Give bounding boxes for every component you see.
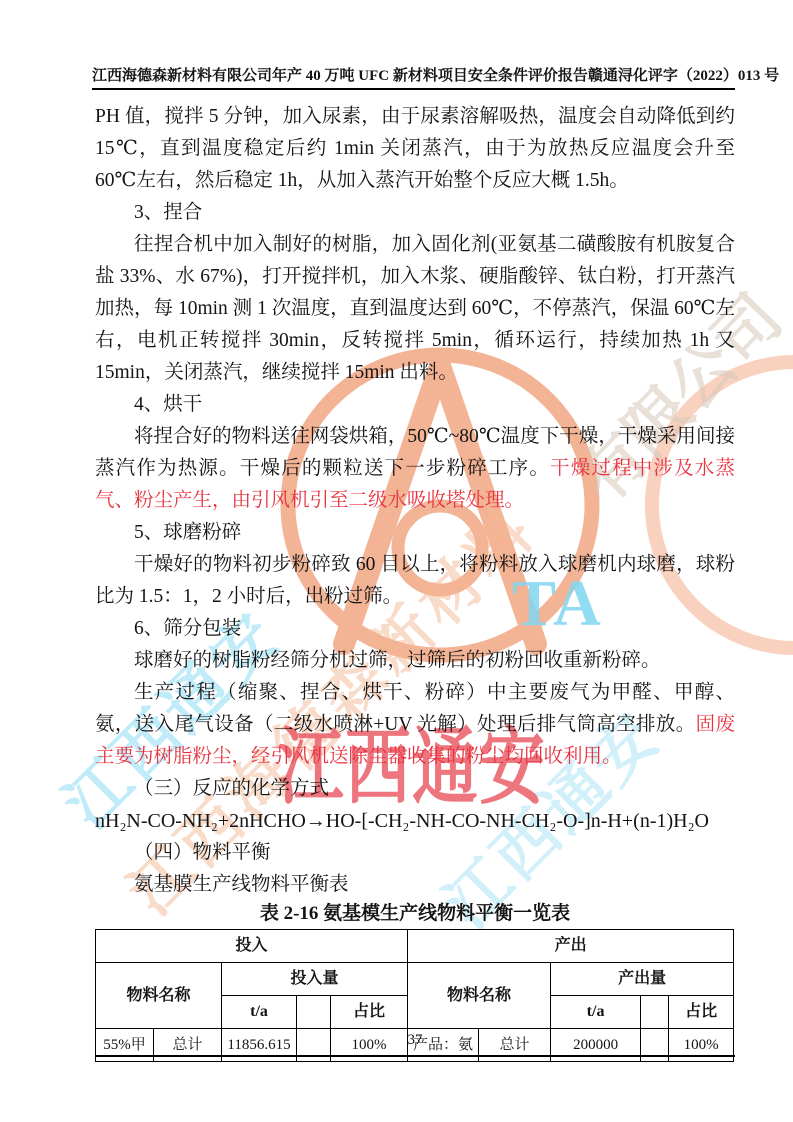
section-heading-four-material-balance: （四）物料平衡 [95,837,735,869]
table-caption: 表 2-16 氨基模生产线物料平衡一览表 [95,901,735,927]
table-header-output-mid [641,996,669,1029]
table-header-input: 投入 [96,930,408,963]
table-header-input-ratio: 占比 [331,996,408,1029]
document-body: PH 值，搅拌 5 分钟，加入尿素，由于尿素溶解吸热，温度会自动降低到约 15℃… [95,101,735,1062]
report-page: 有限公司 江西海德森新材料 江西通安 江西通安 TA 江西通安 江西海德森新材料… [0,0,793,1122]
table-header-input-ta: t/a [222,996,297,1029]
paragraph-drying: 将捏合好的物料送往网袋烘箱，50℃~80℃温度下干燥，干燥采用间接蒸汽作为热源。… [95,421,735,517]
header-report-title: 江西海德森新材料有限公司年产 40 万吨 UFC 新材料项目安全条件评价报告 [92,64,588,85]
section-heading-5-ball-milling: 5、球磨粉碎 [95,517,735,549]
table-header-output: 产出 [408,930,734,963]
paragraph-waste-gas: 生产过程（缩聚、捏合、烘干、粉碎）中主要废气为甲醛、甲醇、氨，送入尾气设备（二级… [95,677,735,773]
header-doc-number: 赣通浔化评字（2022）013 号 [588,64,779,85]
table-header-output-ratio: 占比 [669,996,734,1029]
chemical-formula: nH₂N-CO-NH₂+2nHCHO→HO-[-CH₂-NH-CO-NH-CH₂… [95,805,735,837]
section-heading-4-drying: 4、烘干 [95,389,735,421]
paragraph-table-intro: 氨基膜生产线物料平衡表 [95,869,735,901]
footer-rule [95,1055,735,1057]
table-header-material-name-output: 物料名称 [408,963,551,1029]
table-header-input-amount: 投入量 [222,963,408,996]
page-header: 江西海德森新材料有限公司年产 40 万吨 UFC 新材料项目安全条件评价报告 赣… [92,64,735,90]
section-heading-6-screening: 6、筛分包装 [95,613,735,645]
content-layer: 江西海德森新材料有限公司年产 40 万吨 UFC 新材料项目安全条件评价报告 赣… [0,0,793,1122]
table-header-material-name-input: 物料名称 [96,963,222,1029]
paragraph-screening: 球磨好的树脂粉经筛分机过筛，过筛后的初粉回收重新粉碎。 [95,645,735,677]
paragraph-ball-milling: 干燥好的物料初步粉碎致 60 目以上，将粉料放入球磨机内球磨，球粉比为 1.5：… [95,549,735,613]
table-header-output-amount: 产出量 [551,963,734,996]
section-heading-3-kneading: 3、捏合 [95,197,735,229]
table-header-input-mid [297,996,331,1029]
page-number: 37 [95,1032,735,1049]
paragraph-ph-reaction: PH 值，搅拌 5 分钟，加入尿素，由于尿素溶解吸热，温度会自动降低到约 15℃… [95,101,735,197]
section-heading-three-chemical: （三）反应的化学方式 [95,773,735,805]
paragraph-kneading: 往捏合机中加入制好的树脂，加入固化剂(亚氨基二磺酸胺有机胺复合盐 33%、水 6… [95,229,735,389]
table-header-output-ta: t/a [551,996,641,1029]
paragraph-waste-gas-normal: 生产过程（缩聚、捏合、烘干、粉碎）中主要废气为甲醛、甲醇、氨，送入尾气设备（二级… [95,682,735,735]
